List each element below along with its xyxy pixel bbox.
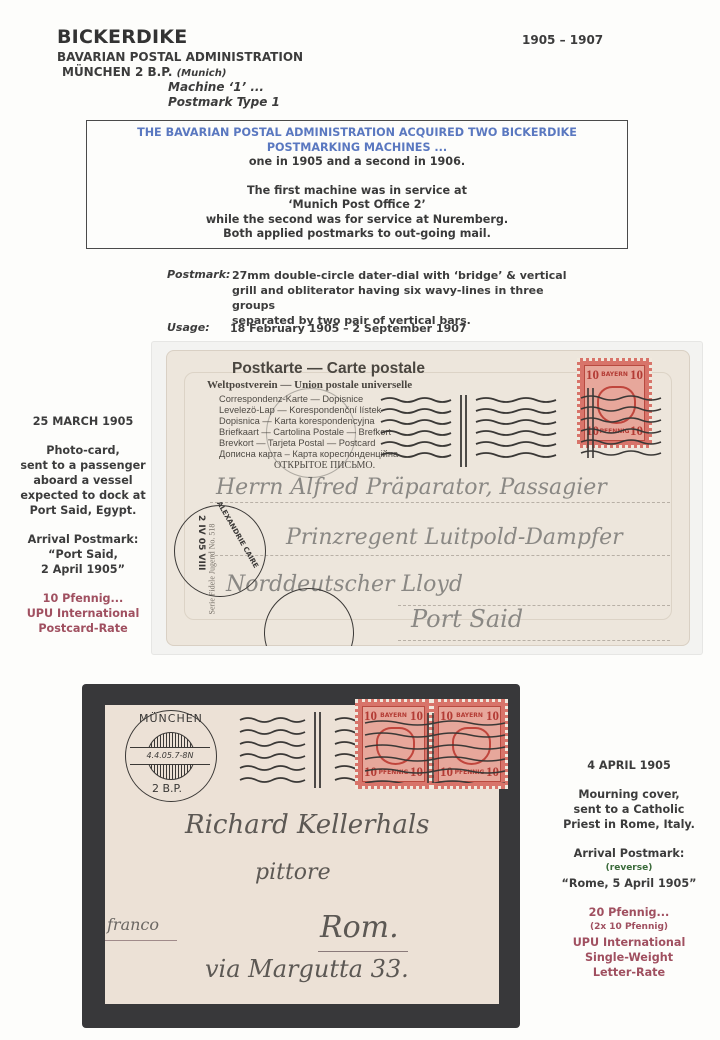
address-line: Richard Kellerhals — [185, 810, 430, 840]
rate-text: 20 Pfennig... — [540, 905, 718, 920]
postcard-image: Postkarte — Carte postale Weltpostverein… — [166, 350, 690, 646]
office-note: (Munich) — [177, 68, 227, 79]
stamp-cancel-waves — [360, 713, 510, 783]
arrival-label: Arrival Postmark: — [8, 532, 158, 547]
rate-text: Postcard-Rate — [8, 621, 158, 636]
dater-dial-circle — [266, 388, 356, 478]
caption-text: expected to dock at — [8, 488, 158, 503]
office-name: MÜNCHEN 2 B.P. — [62, 65, 172, 79]
usage-label: Usage: — [167, 321, 210, 334]
address-line: Norddeutscher Lloyd — [226, 572, 463, 597]
arrival-label: Arrival Postmark: — [540, 846, 718, 861]
info-line: Both applied postmarks to out-going mail… — [87, 227, 627, 242]
cover-face: 4.4.05.7-8N MÜNCHEN 2 B.P. 10 10 10 10 B… — [105, 705, 499, 1004]
info-line: while the second was for service at Nure… — [87, 213, 627, 228]
rate-text: UPU International — [8, 606, 158, 621]
address-line: Rom. — [320, 910, 399, 945]
machine-label: Machine ‘1’ ... — [168, 80, 264, 94]
caption-text: Mourning cover, — [540, 787, 718, 802]
info-line: The first machine was in service at — [87, 184, 627, 199]
stamp-country: BAYERN — [580, 371, 649, 378]
postmark-type-label: Postmark Type 1 — [168, 95, 280, 109]
dater-bottom-text: 2 B.P. — [152, 782, 182, 795]
administration-heading: BAVARIAN POSTAL ADMINISTRATION — [57, 50, 303, 64]
rate-text: UPU International — [540, 935, 718, 950]
info-line: THE BAVARIAN POSTAL ADMINISTRATION ACQUI… — [87, 126, 627, 141]
info-line: ‘Munich Post Office 2’ — [87, 198, 627, 213]
rate-text: Letter-Rate — [540, 965, 718, 980]
rate-note: (2x 10 Pfennig) — [540, 920, 718, 935]
caption-text: aboard a vessel — [8, 473, 158, 488]
address-line: pittore — [255, 860, 331, 885]
caption-postcard: 25 MARCH 1905 Photo-card, sent to a pass… — [8, 414, 158, 636]
postmark-line: grill and obliterator having six wavy-li… — [232, 283, 572, 313]
info-line: POSTMARKING MACHINES ... — [87, 141, 627, 156]
franco-note: franco — [107, 915, 159, 934]
mourning-cover-image: 4.4.05.7-8N MÜNCHEN 2 B.P. 10 10 10 10 B… — [82, 684, 520, 1028]
caption-text: sent to a passenger — [8, 458, 158, 473]
cancel-date: 2 IV 05 VIII — [196, 515, 206, 571]
date-range: 1905 – 1907 — [522, 33, 603, 47]
address-line: via Margutta 33. — [205, 955, 409, 983]
caption-text: Port Said, Egypt. — [8, 503, 158, 518]
info-box: THE BAVARIAN POSTAL ADMINISTRATION ACQUI… — [86, 120, 628, 249]
arrival-value: “Port Said, — [8, 547, 158, 562]
alexandrie-cancel — [174, 505, 266, 597]
dater-bridge-date: 4.4.05.7-8N — [130, 747, 210, 765]
postcard-heading: Postkarte — Carte postale — [232, 360, 425, 378]
usage-value: 18 February 1905 – 2 September 1907 — [230, 321, 467, 336]
info-line: one in 1905 and a second in 1906. — [87, 155, 627, 170]
page-title: BICKERDIKE — [57, 26, 187, 48]
arrival-value: 2 April 1905” — [8, 562, 158, 577]
caption-cover: 4 APRIL 1905 Mourning cover, sent to a C… — [540, 758, 718, 980]
dater-top-text: MÜNCHEN — [139, 712, 203, 725]
office-heading: MÜNCHEN 2 B.P. (Munich) — [62, 65, 226, 79]
arrival-note: (reverse) — [540, 861, 718, 876]
caption-text: sent to a Catholic — [540, 802, 718, 817]
caption-date: 4 APRIL 1905 — [540, 758, 718, 773]
caption-date: 25 MARCH 1905 — [8, 414, 158, 429]
address-line: Herrn Alfred Präparator, Passagier — [216, 475, 607, 500]
caption-text: Priest in Rome, Italy. — [540, 817, 718, 832]
caption-text: Photo-card, — [8, 443, 158, 458]
postmark-description: 27mm double-circle dater-dial with ‘brid… — [232, 268, 572, 328]
stamp-cancel-waves — [576, 388, 666, 458]
arrival-value: “Rome, 5 April 1905” — [540, 876, 718, 891]
address-line: Port Said — [411, 605, 523, 633]
postmark-label: Postmark: — [167, 268, 230, 281]
rate-text: Single-Weight — [540, 950, 718, 965]
rate-text: 10 Pfennig... — [8, 591, 158, 606]
address-line: Prinzregent Luitpold-Dampfer — [286, 525, 623, 550]
postmark-line: 27mm double-circle dater-dial with ‘brid… — [232, 268, 572, 283]
